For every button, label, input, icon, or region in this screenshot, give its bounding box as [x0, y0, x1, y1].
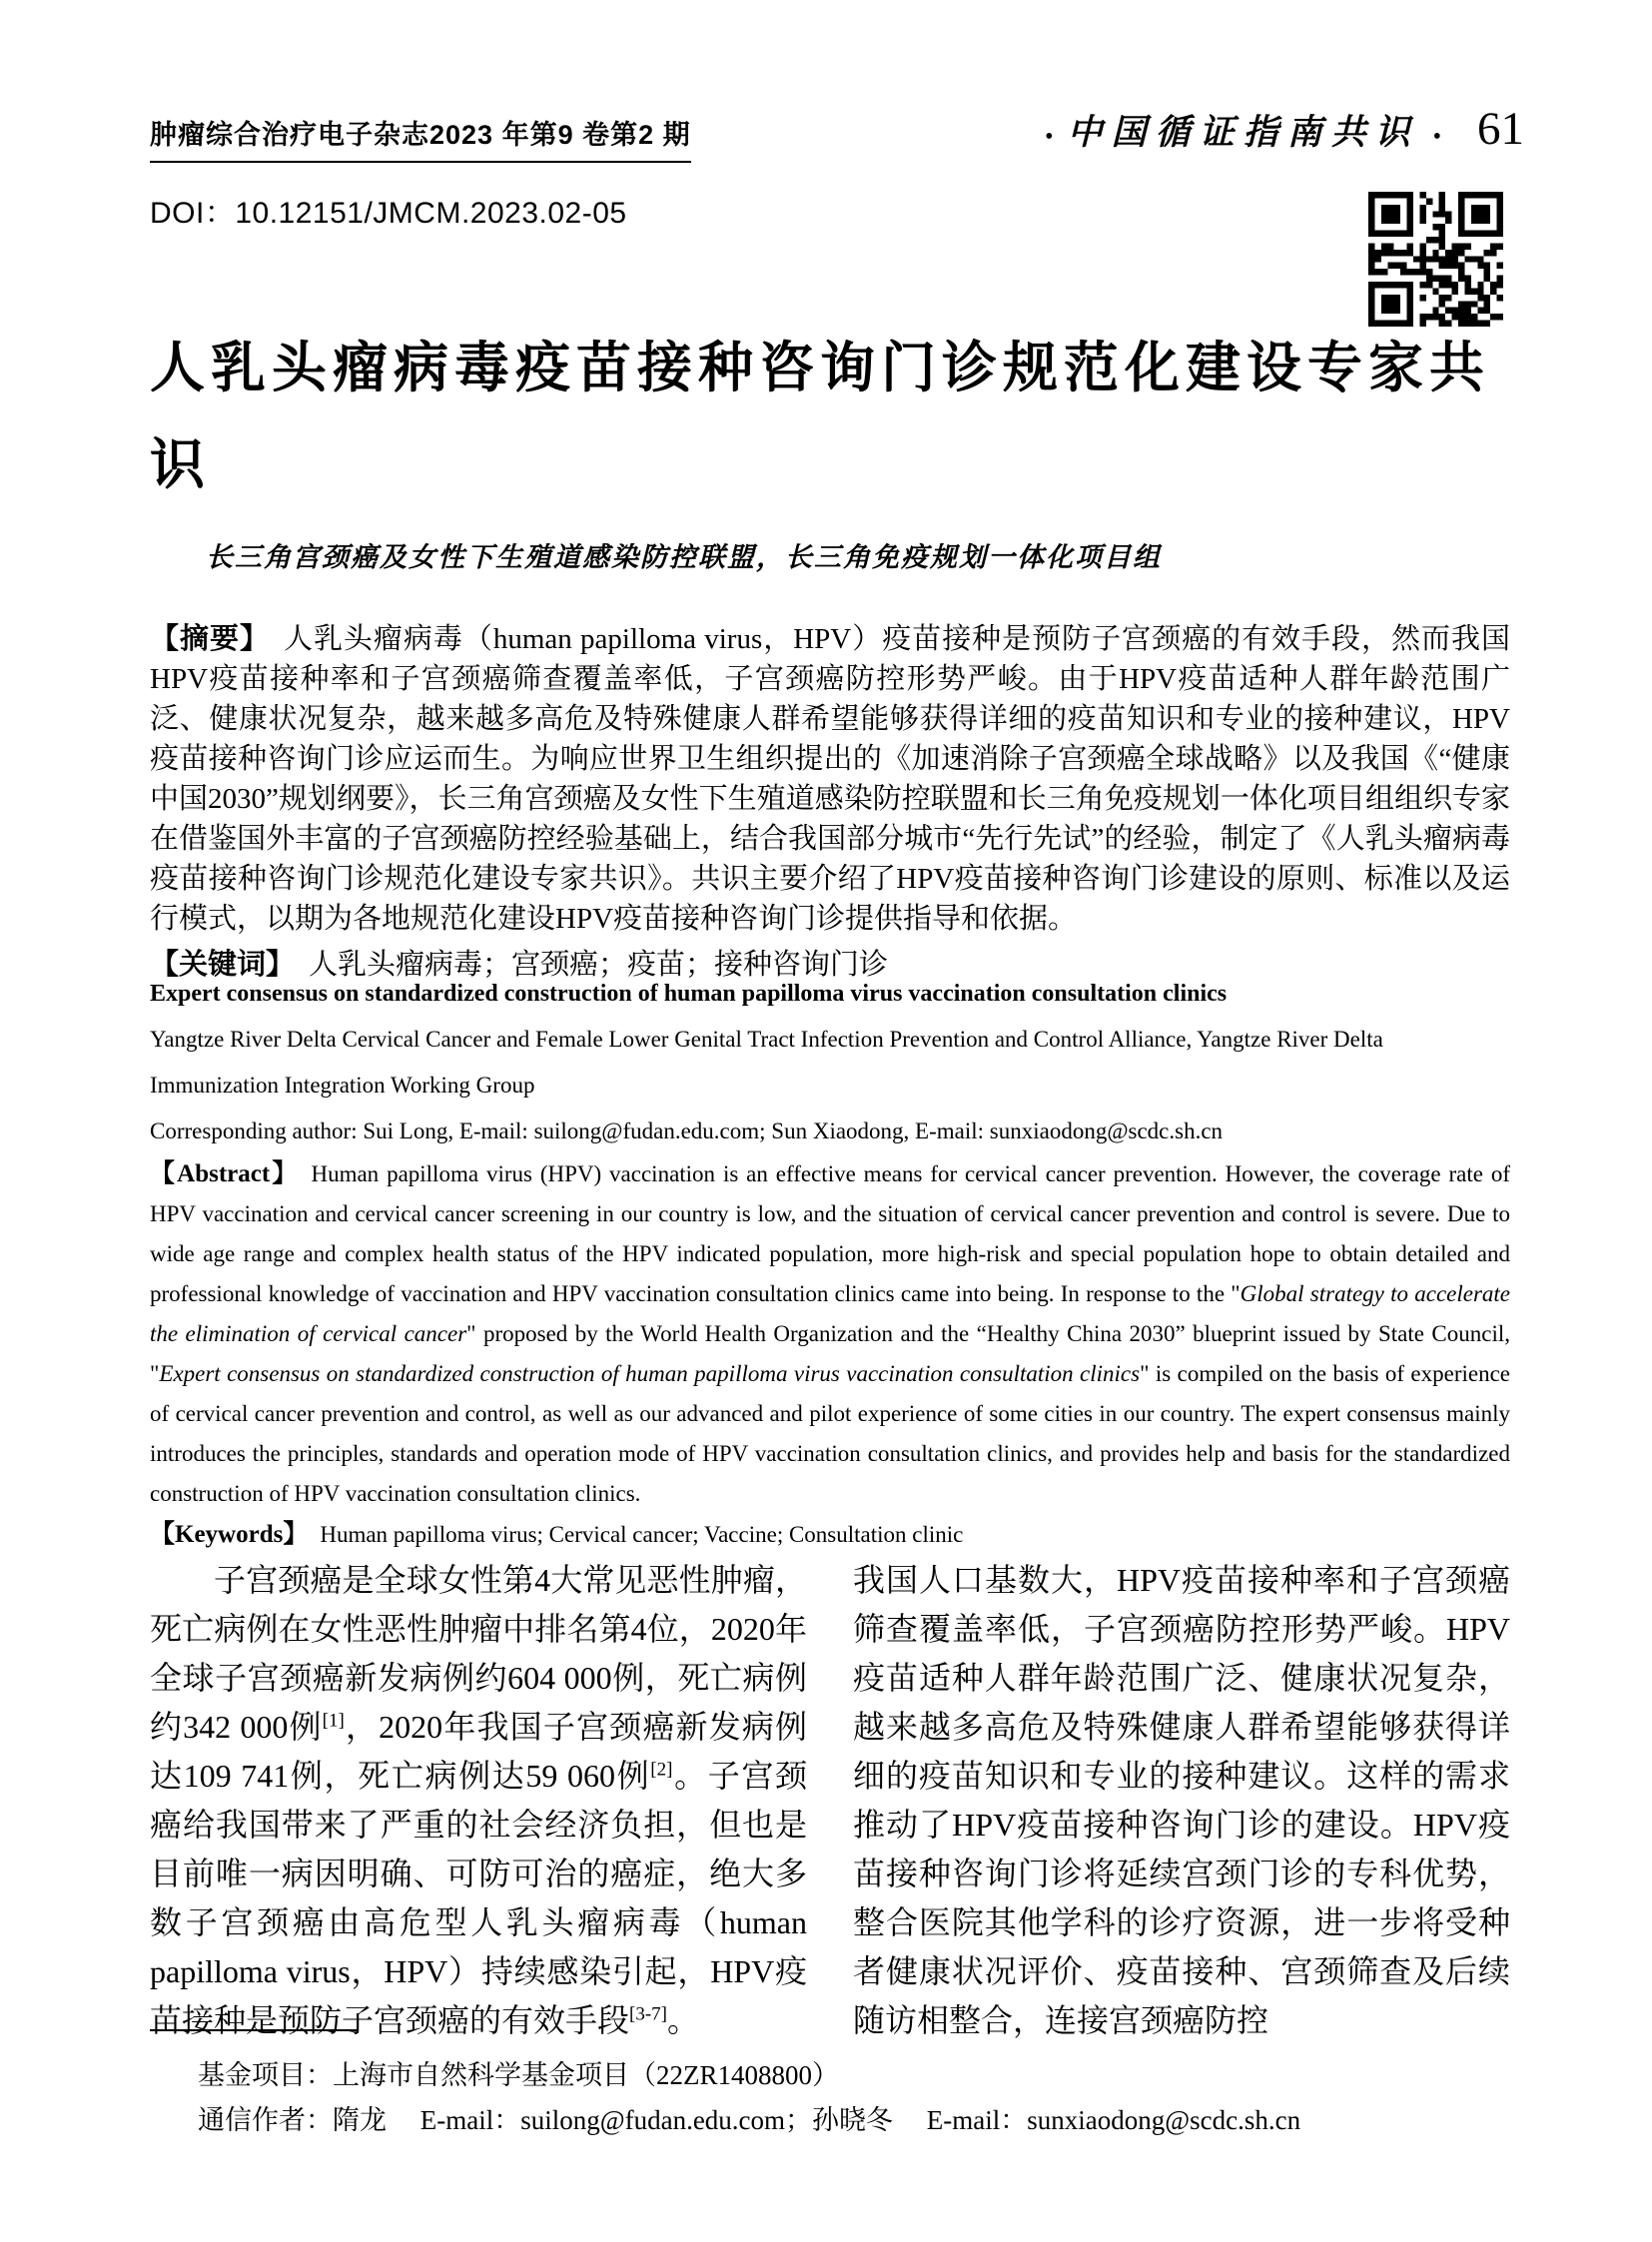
- title-en: Expert consensus on standardized constru…: [150, 971, 1510, 1017]
- footnote-fund: 基金项目：上海市自然科学基金项目（22ZR1408800）: [150, 2053, 1510, 2098]
- section-title: 中国循证指南共识: [1068, 105, 1419, 155]
- abstract-cn-section: 【摘要】人乳头瘤病毒（human papilloma virus，HPV）疫苗接…: [150, 619, 1510, 985]
- body-columns: 子宫颈癌是全球女性第4大常见恶性肿瘤，死亡病例在女性恶性肿瘤中排名第4位，202…: [150, 1556, 1510, 2045]
- abstract-cn-paragraph: 【摘要】人乳头瘤病毒（human papilloma virus，HPV）疫苗接…: [150, 619, 1510, 939]
- article-authors: 长三角宫颈癌及女性下生殖道感染防控联盟，长三角免疫规划一体化项目组: [206, 535, 1162, 574]
- keywords-en-text: Human papilloma virus; Cervical cancer; …: [320, 1522, 963, 1547]
- keywords-en: 【Keywords】Human papilloma virus; Cervica…: [150, 1514, 1510, 1556]
- bullet-icon: •: [1433, 124, 1441, 151]
- page-number: 61: [1477, 102, 1524, 156]
- footnote-block: 基金项目：上海市自然科学基金项目（22ZR1408800） 通信作者：隋龙 E-…: [150, 2029, 1510, 2143]
- english-section: Expert consensus on standardized constru…: [150, 971, 1510, 1556]
- footnote-divider: [150, 2029, 358, 2031]
- affiliation-en: Yangtze River Delta Cervical Cancer and …: [150, 1017, 1510, 1109]
- abstract-en-text: Human papilloma virus (HPV) vaccination …: [150, 1161, 1510, 1506]
- journal-name: 肿瘤综合治疗电子杂志2023 年第9 卷第2 期: [150, 113, 691, 163]
- qr-code: [1368, 192, 1503, 327]
- body-right-column: 我国人口基数大，HPV疫苗接种率和子宫颈癌筛查覆盖率低，子宫颈癌防控形势严峻。H…: [853, 1556, 1510, 2045]
- page: 肿瘤综合治疗电子杂志2023 年第9 卷第2 期 • 中国循证指南共识 • 61…: [0, 0, 1652, 2242]
- doi-line: DOI：10.12151/JMCM.2023.02-05: [150, 188, 627, 232]
- abstract-cn-label: 【摘要】: [150, 623, 270, 655]
- article-title: 人乳头瘤病毒疫苗接种咨询门诊规范化建设专家共识: [150, 320, 1520, 513]
- page-header: 肿瘤综合治疗电子杂志2023 年第9 卷第2 期 • 中国循证指南共识 • 61: [150, 102, 1524, 163]
- header-section-strip: • 中国循证指南共识 • 61: [1031, 102, 1524, 156]
- footnote-corresponding: 通信作者：隋龙 E-mail：suilong@fudan.edu.com；孙晓冬…: [150, 2098, 1510, 2143]
- abstract-en-paragraph: 【Abstract】Human papilloma virus (HPV) va…: [150, 1154, 1510, 1514]
- abstract-cn-text: 人乳头瘤病毒（human papilloma virus，HPV）疫苗接种是预防…: [150, 623, 1510, 935]
- abstract-en-label: 【Abstract】: [150, 1160, 299, 1187]
- bullet-icon: •: [1045, 124, 1053, 151]
- keywords-en-label: 【Keywords】: [150, 1521, 308, 1548]
- body-left-column: 子宫颈癌是全球女性第4大常见恶性肿瘤，死亡病例在女性恶性肿瘤中排名第4位，202…: [150, 1556, 807, 2045]
- corresponding-author-en: Corresponding author: Sui Long, E-mail: …: [150, 1109, 1510, 1154]
